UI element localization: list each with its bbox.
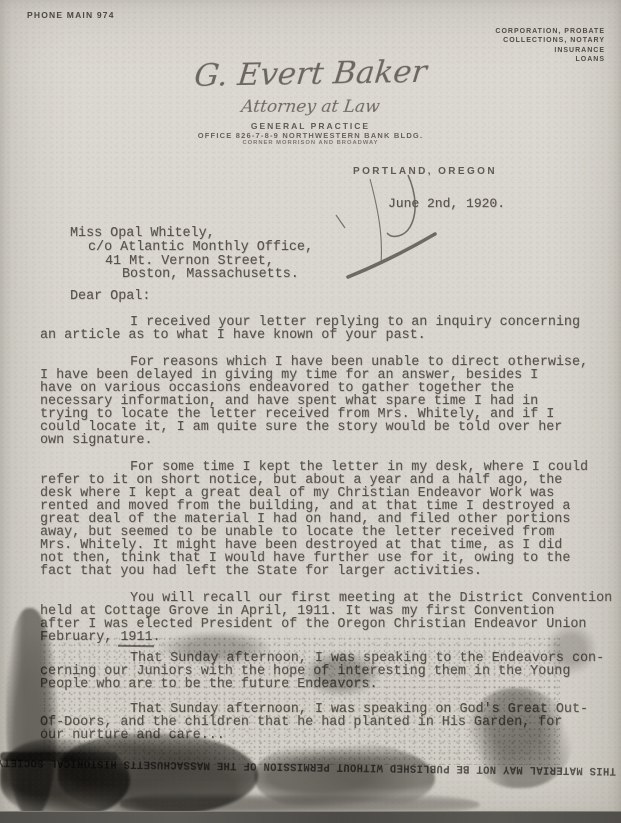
paragraph: That Sunday afternoon, I was speaking on… [40, 703, 600, 742]
letter-line: fact that you had left the State for lar… [40, 565, 600, 578]
recipient-line: c/o Atlantic Monthly Office, [70, 241, 313, 255]
practice-line: GENERAL PRACTICE [0, 121, 621, 131]
paragraph: That Sunday afternoon, I was speaking to… [40, 652, 600, 691]
letter-page: PHONE MAIN 974 CORPORATION, PROBATE COLL… [0, 0, 621, 823]
attorney-title: Attorney at Law [0, 97, 621, 117]
ink-smudge [58, 733, 258, 815]
recipient-line: Boston, Massachusetts. [70, 268, 313, 282]
recipient-address: Miss Opal Whitely, c/o Atlantic Monthly … [70, 227, 313, 282]
letter-body: I received your letter replying to an in… [40, 316, 600, 742]
letter-line: own signature. [40, 434, 600, 447]
service-line: COLLECTIONS, NOTARY [495, 36, 605, 45]
letter-line: an article as to what I have known of yo… [40, 329, 600, 342]
recipient-line: Miss Opal Whitely, [70, 227, 313, 241]
paragraph: I received your letter replying to an in… [40, 316, 600, 342]
office-address: OFFICE 826-7-8-9 NORTHWESTERN BANK BLDG. [0, 131, 621, 140]
letter-line: February, 1911. [40, 631, 600, 644]
letter-line: our nurture and care... [40, 729, 600, 742]
ink-smudge [0, 738, 130, 818]
city-line: PORTLAND, OREGON [353, 166, 497, 177]
scan-edge [0, 811, 621, 823]
service-line: CORPORATION, PROBATE [495, 27, 605, 36]
paragraph: For reasons which I have been unable to … [40, 356, 600, 447]
letter-date: June 2nd, 1920. [388, 196, 505, 211]
paragraph: You will recall our first meeting at the… [40, 592, 600, 644]
letterhead-phone: PHONE MAIN 974 [27, 10, 115, 20]
corner-address: CORNER MORRISON AND BROADWAY [0, 140, 621, 146]
attorney-name: G. Evert Baker [0, 51, 621, 98]
letter-line: People who are to be the future Endeavor… [40, 678, 600, 691]
recipient-line: 41 Mt. Vernon Street, [70, 255, 313, 269]
archive-stamp: THIS MATERIAL MAY NOT BE PUBLISHED WITHO… [8, 756, 616, 776]
pen-scribble-mark [330, 165, 460, 295]
ink-smudge [255, 742, 435, 812]
salutation: Dear Opal: [70, 289, 150, 304]
paragraph: For some time I kept the letter in my de… [40, 461, 600, 578]
